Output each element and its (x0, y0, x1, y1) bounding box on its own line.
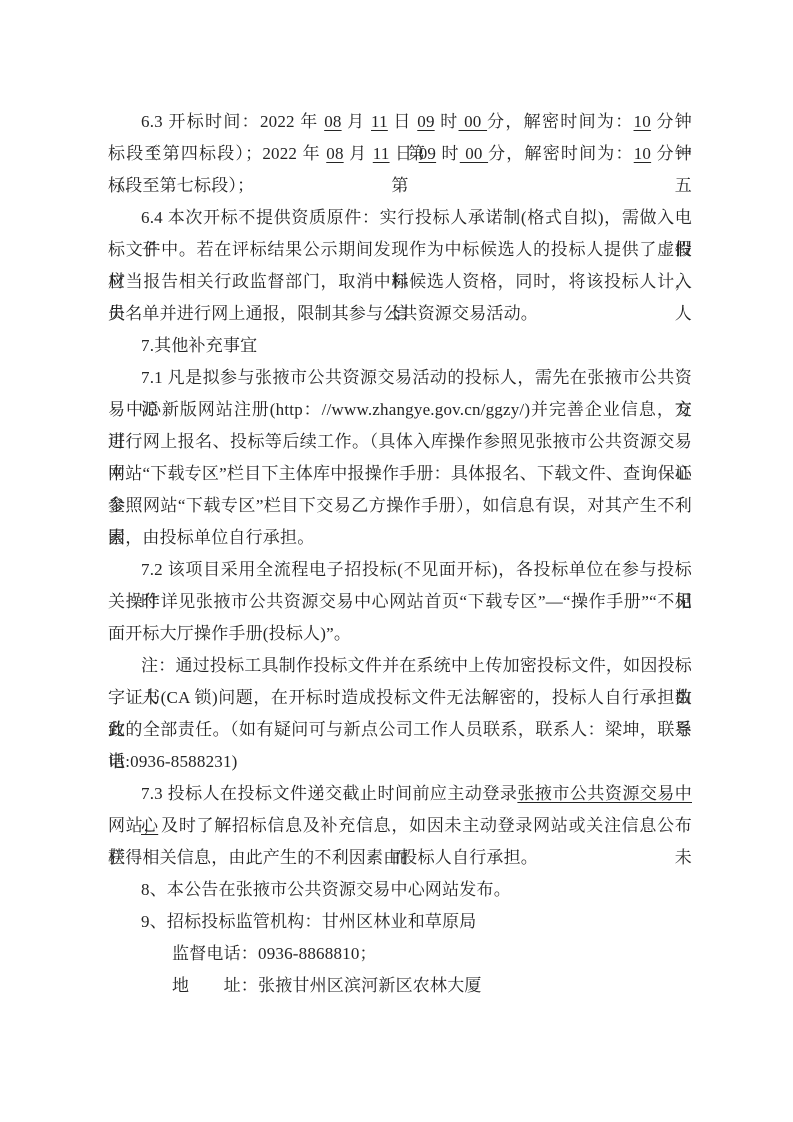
text-line: 注：通过投标工具制作投标文件并在系统中上传加密投标文件，如因投标人数 (108, 650, 692, 682)
text-line: 参照网站“下载专区”栏目下交易乙方操作手册），如信息有误，对其产生不利因 (108, 490, 692, 522)
underlined-text-run: 00 (460, 144, 488, 163)
text-line: 话:0936-8588231) (108, 746, 692, 778)
underlined-text-run: 09 (417, 112, 434, 131)
underlined-text-run: 10 (634, 144, 651, 163)
text-line: 字证书(CA 锁)问题，在开标时造成投标文件无法解密的，投标人自行承担由此导 (108, 682, 692, 714)
text-line: 应当报告相关行政监督部门，取消中标候选人资格，同时，将该投标人计入失信人 (108, 266, 692, 298)
text-line: 7.其他补充事宜 (108, 330, 692, 362)
text-line: 进行网上报名、投标等后续工作。（具体入库操作参照见张掖市公共资源交易中心 (108, 426, 692, 458)
text-line: 面开标大厅操作手册(投标人)”。 (108, 618, 692, 650)
text-line: 标文件中。若在评标结果公示期间发现作为中标候选人的投标人提供了虚假材料， (108, 234, 692, 266)
text-line: 7.2 该项目采用全流程电子招投标(不见面开标)，各投标单位在参与投标时相 (108, 554, 692, 586)
text-run: 素，由投标单位自行承担。 (108, 528, 314, 547)
underlined-text-run: 00 (459, 112, 488, 131)
text-run: 关操作详见张掖市公共资源交易中心网站首页“下载专区”—“操作手册”“不见 (108, 592, 692, 611)
text-line: 6.3 开标时间：2022 年 08 月 11 日 09 时 00 分，解密时间… (108, 106, 692, 138)
underlined-text-run: 11 (373, 144, 390, 163)
text-run: 员名单并进行网上通报，限制其参与公共资源交易活动。 (108, 304, 538, 323)
text-line: 8、本公告在张掖市公共资源交易中心网站发布。 (108, 874, 692, 906)
text-run: 地 址：张掖甘州区滨河新区农林大厦 (172, 976, 482, 995)
text-line: 素，由投标单位自行承担。 (108, 522, 692, 554)
underlined-text-run: 08 (326, 144, 343, 163)
text-run: 标段至第七标段）； (108, 176, 254, 195)
text-line: 9、招标投标监管机构：甘州区林业和草原局 (108, 906, 692, 938)
underlined-text-run: 10 (634, 112, 651, 131)
underlined-text-run: 09 (419, 144, 436, 163)
text-run: 监督电话：0936-8868810； (172, 944, 377, 963)
document-body: 6.3 开标时间：2022 年 08 月 11 日 09 时 00 分，解密时间… (108, 106, 692, 1002)
text-run: 分，解密时间为： (487, 112, 633, 131)
text-line: 关操作详见张掖市公共资源交易中心网站首页“下载专区”—“操作手册”“不见 (108, 586, 692, 618)
text-line: 易中心新版网站注册(http：//www.zhangye.gov.cn/ggzy… (108, 394, 692, 426)
text-line: 标段至第四标段）；2022 年 08 月 11 日 09 时 00 分，解密时间… (108, 138, 692, 170)
text-line: 7.1 凡是拟参与张掖市公共资源交易活动的投标人，需先在张掖市公共资源交 (108, 362, 692, 394)
text-line: 7.3 投标人在投标文件递交截止时间前应主动登录张掖市公共资源交易中心 (108, 778, 692, 810)
text-run: 标段至第四标段）；2022 年 (108, 144, 326, 163)
text-run: 月 (344, 144, 373, 163)
text-run: 获得相关信息，由此产生的不利因素由投标人自行承担。 (108, 848, 538, 867)
text-line: 6.4 本次开标不提供资质原件：实行投标人承诺制(格式自拟)，需做入电子投 (108, 202, 692, 234)
text-run: 7.其他补充事宜 (141, 336, 257, 355)
text-run: 9、招标投标监管机构：甘州区林业和草原局 (141, 912, 477, 931)
text-run: 时 (436, 144, 460, 163)
text-line: 网站“下载专区”栏目下主体库中报操作手册：具体报名、下载文件、查询保证金 (108, 458, 692, 490)
text-line: 致的全部责任。（如有疑问可与新点公司工作人员联系，联系人：梁坤，联系电 (108, 714, 692, 746)
text-run: 月 (342, 112, 371, 131)
text-run: 6.3 开标时间：2022 年 (141, 112, 324, 131)
text-line: 监督电话：0936-8868810； (108, 938, 692, 970)
text-run: 面开标大厅操作手册(投标人)”。 (108, 624, 351, 643)
text-run: 话:0936-8588231) (108, 752, 238, 771)
text-run: 8、本公告在张掖市公共资源交易中心网站发布。 (141, 880, 511, 899)
underlined-text-run: 08 (324, 112, 341, 131)
text-line: 地 址：张掖甘州区滨河新区农林大厦 (108, 970, 692, 1002)
text-run: 7.3 投标人在投标文件递交截止时间前应主动登录 (141, 784, 517, 803)
document-page: 6.3 开标时间：2022 年 08 月 11 日 09 时 00 分，解密时间… (0, 0, 793, 1122)
text-run: 日 (390, 144, 419, 163)
text-line: 网站，及时了解招标信息及补充信息，如因未主动登录网站或关注信息公布栏而未 (108, 810, 692, 842)
text-run: 日 (388, 112, 417, 131)
text-run: 分，解密时间为： (488, 144, 634, 163)
text-run: 时 (435, 112, 459, 131)
underlined-text-run: 11 (371, 112, 388, 131)
